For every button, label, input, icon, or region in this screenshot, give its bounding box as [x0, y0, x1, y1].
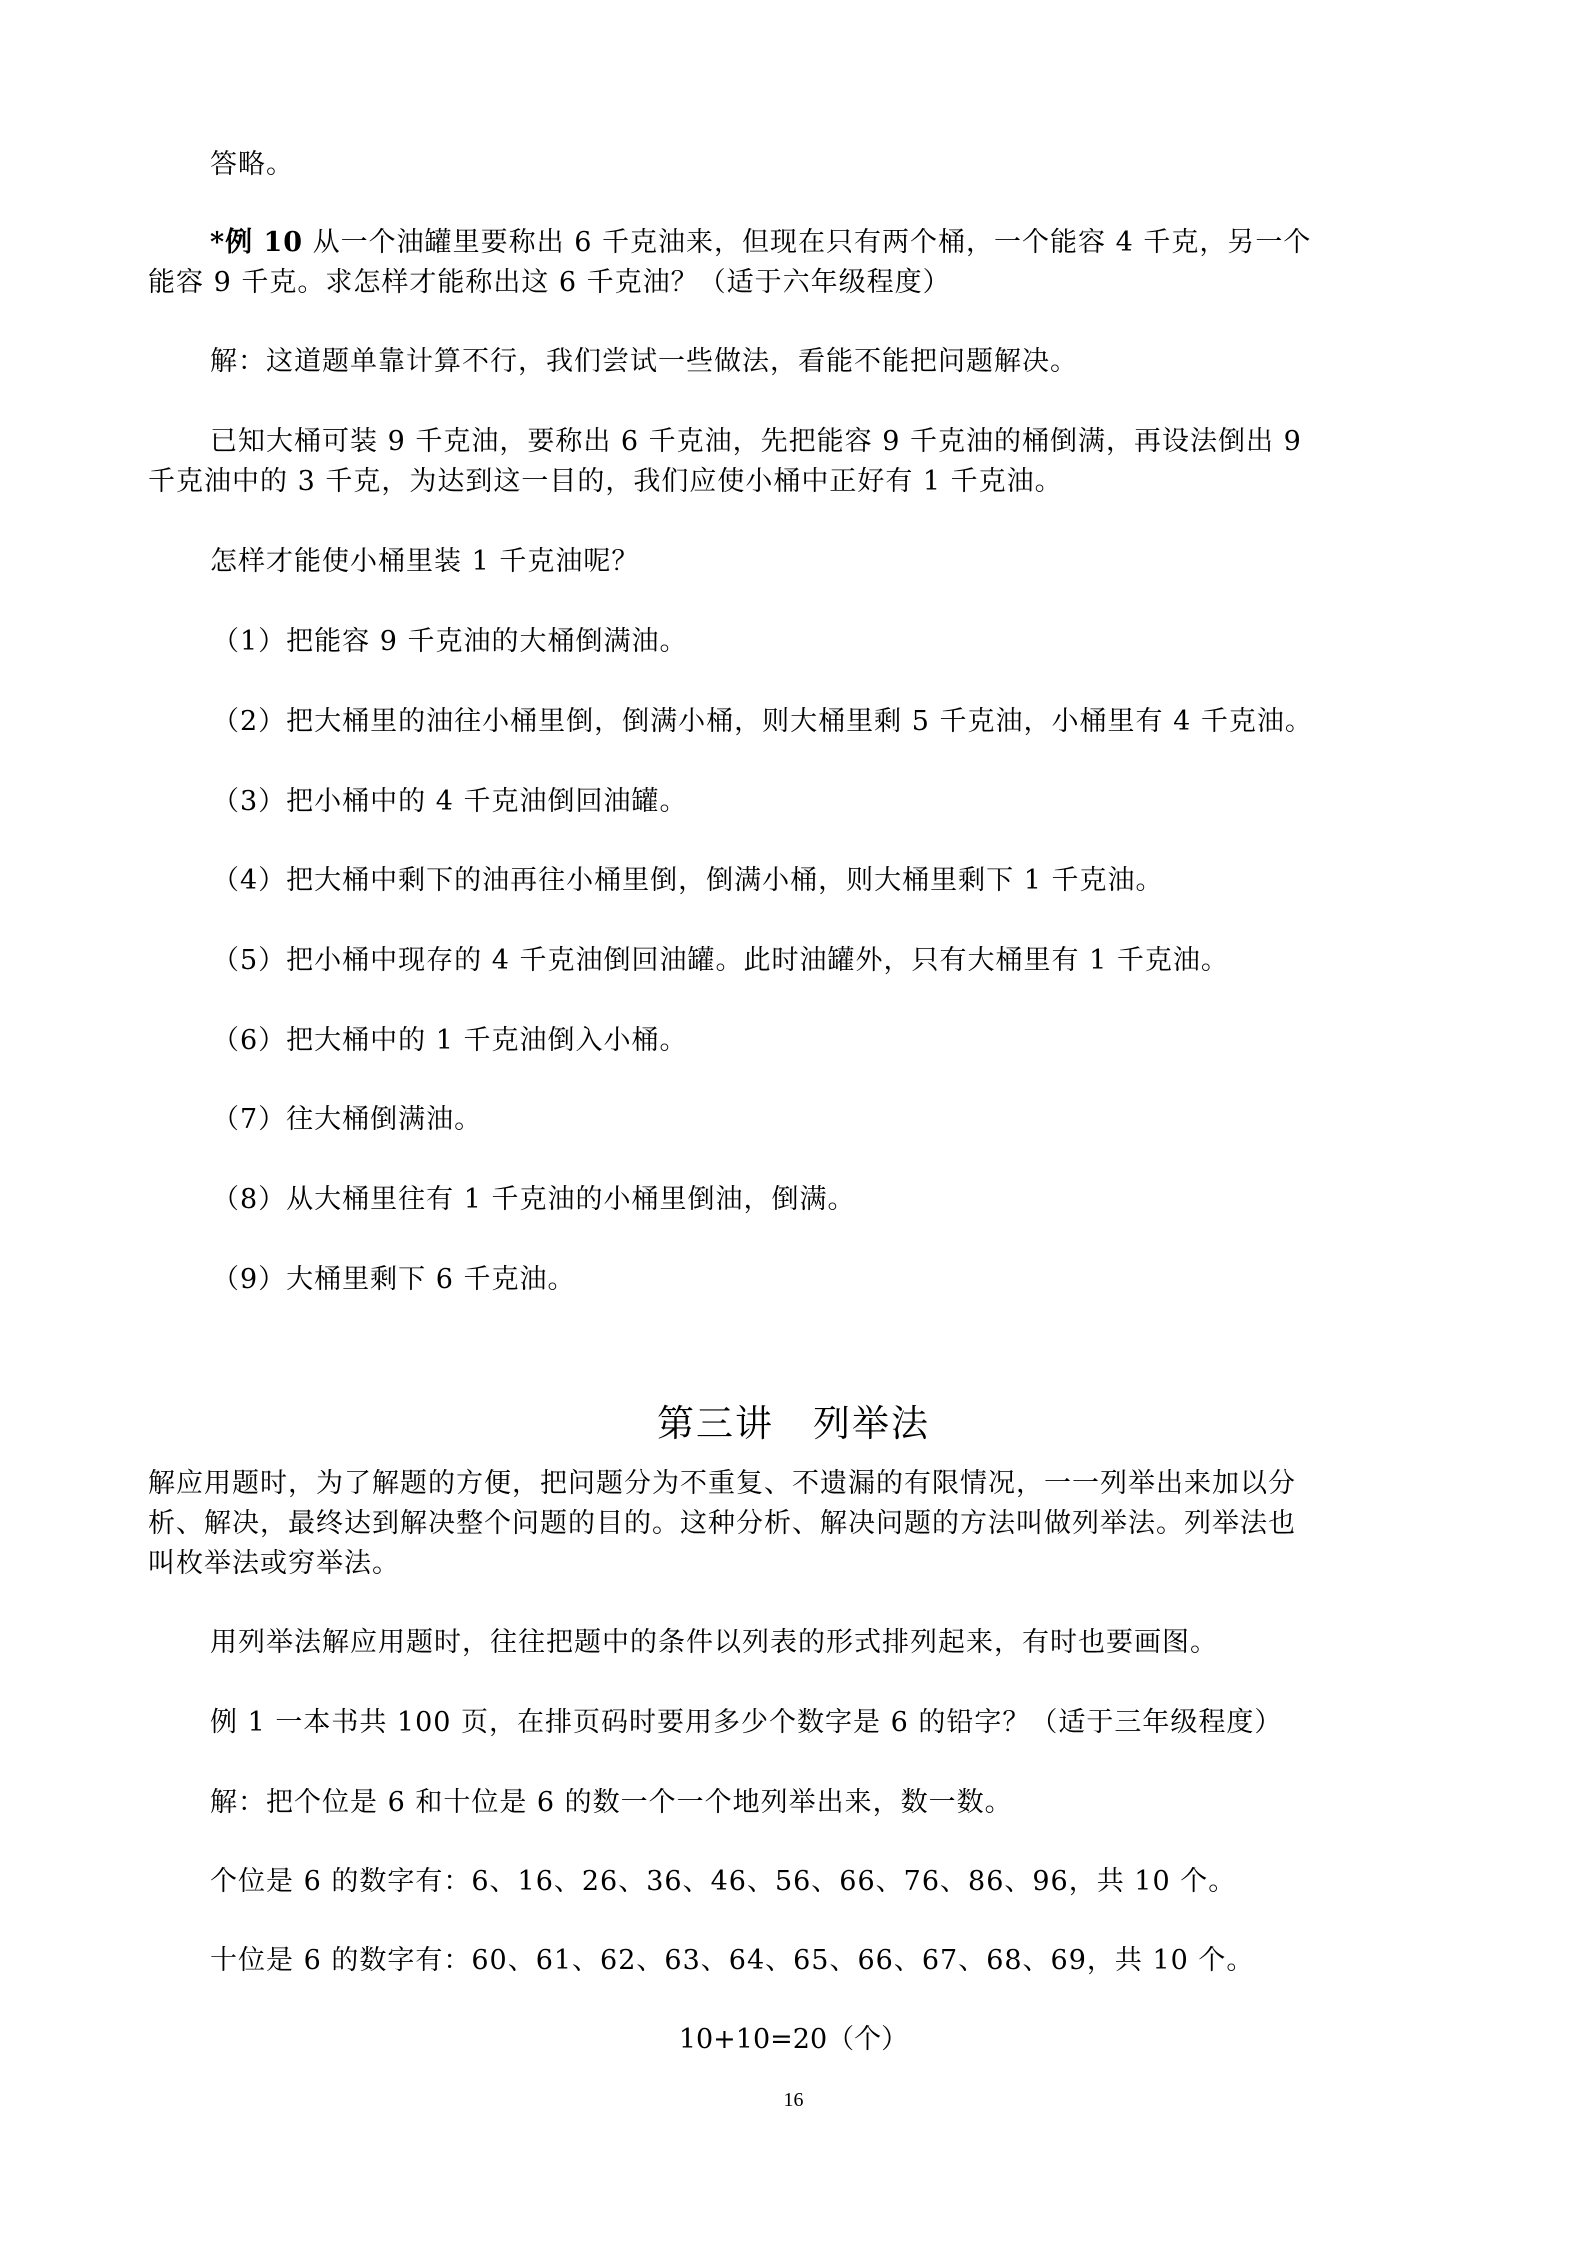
step-5: （5）把小桶中现存的 4 千克油倒回油罐。此时油罐外，只有大桶里有 1 千克油。 — [212, 946, 1229, 976]
ones-digit-list: 个位是 6 的数字有：6、16、26、36、46、56、66、76、86、96，… — [210, 1867, 1236, 1897]
example-1-solution: 解：把个位是 6 和十位是 6 的数一个一个地列举出来，数一数。 — [210, 1788, 1013, 1818]
tens-digit-list: 十位是 6 的数字有：60、61、62、63、64、65、66、67、68、69… — [210, 1946, 1254, 1976]
example-1: 例 1 一本书共 100 页，在排页码时要用多少个数字是 6 的铅字？（适于三年… — [210, 1708, 1282, 1738]
step-4: （4）把大桶中剩下的油再往小桶里倒，倒满小桶，则大桶里剩下 1 千克油。 — [212, 866, 1164, 896]
solution-intro: 解：这道题单靠计算不行，我们尝试一些做法，看能不能把问题解决。 — [210, 347, 1078, 377]
known-line-1: 已知大桶可装 9 千克油，要称出 6 千克油，先把能容 9 千克油的桶倒满，再设… — [210, 427, 1302, 457]
step-9: （9）大桶里剩下 6 千克油。 — [212, 1265, 576, 1295]
answer-brief: 答略。 — [210, 150, 294, 180]
question: 怎样才能使小桶里装 1 千克油呢？ — [210, 547, 639, 577]
step-2: （2）把大桶里的油往小桶里倒，倒满小桶，则大桶里剩 5 千克油，小桶里有 4 千… — [212, 707, 1313, 737]
step-6: （6）把大桶中的 1 千克油倒入小桶。 — [212, 1026, 688, 1056]
example-10-text: 从一个油罐里要称出 6 千克油来，但现在只有两个桶，一个能容 4 千克，另一个 — [303, 227, 1311, 258]
example-10-line-2: 能容 9 千克。求怎样才能称出这 6 千克油？（适于六年级程度） — [148, 268, 951, 298]
step-7: （7）往大桶倒满油。 — [212, 1105, 482, 1135]
step-1: （1）把能容 9 千克油的大桶倒满油。 — [212, 627, 688, 657]
section-title: 第三讲 列举法 — [0, 1402, 1587, 1446]
step-8: （8）从大桶里往有 1 千克油的小桶里倒油，倒满。 — [212, 1185, 856, 1215]
page-number: 16 — [0, 2088, 1587, 2112]
example-10-label: *例 10 — [210, 227, 303, 258]
section-intro-line-1: 解应用题时，为了解题的方便，把问题分为不重复、不遗漏的有限情况，一一列举出来加以… — [148, 1469, 1296, 1499]
known-line-2: 千克油中的 3 千克，为达到这一目的，我们应使小桶中正好有 1 千克油。 — [148, 467, 1063, 497]
step-3: （3）把小桶中的 4 千克油倒回油罐。 — [212, 787, 688, 817]
section-intro-line-2: 析、解决，最终达到解决整个问题的目的。这种分析、解决问题的方法叫做列举法。列举法… — [148, 1509, 1296, 1539]
example-10-line-1: *例 10 从一个油罐里要称出 6 千克油来，但现在只有两个桶，一个能容 4 千… — [210, 228, 1311, 258]
total-formula: 10+10=20（个） — [0, 2025, 1587, 2055]
section-intro-line-3: 叫枚举法或穷举法。 — [148, 1549, 400, 1579]
method-note: 用列举法解应用题时，往往把题中的条件以列表的形式排列起来，有时也要画图。 — [210, 1628, 1218, 1658]
